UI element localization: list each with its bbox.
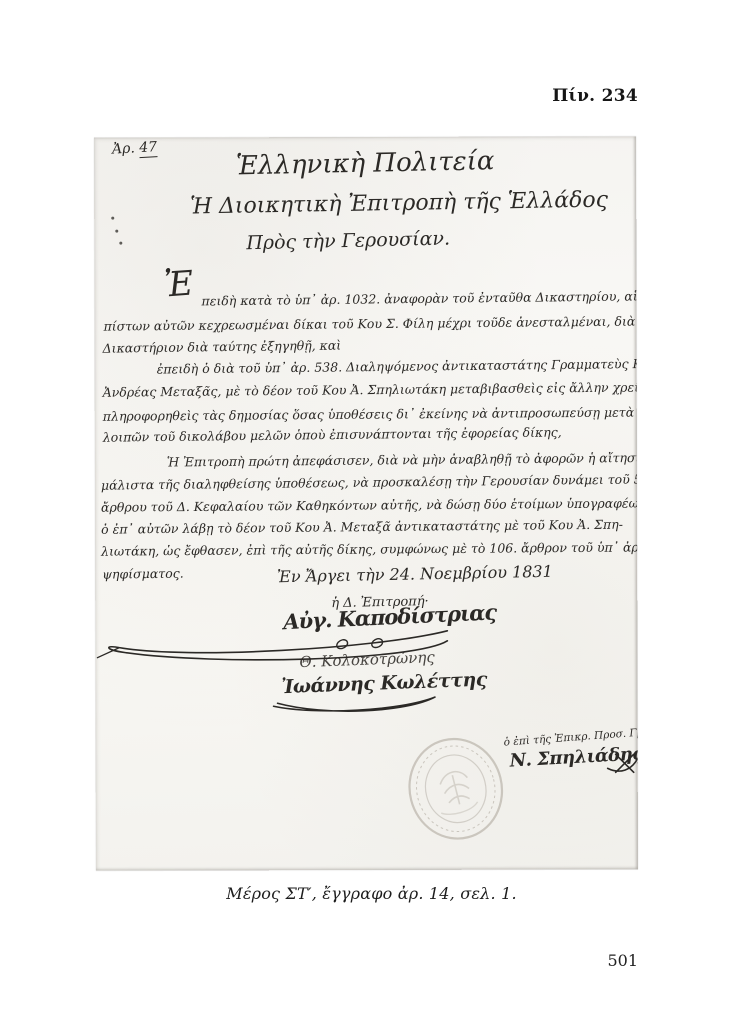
- body-line: μάλιστα τῆς διαληφθείσης ὑποθέσεως, νὰ π…: [101, 472, 638, 493]
- protocol-number: Ἀρ. 47: [112, 139, 158, 157]
- body-line: ὁ ἐπ᾿ αὐτῶν λάβῃ τὸ δέον τοῦ Κου Ἀ. Μετα…: [101, 517, 623, 537]
- body-line: ἐπειδὴ ὁ διὰ τοῦ ὑπ᾿ ἀρ. 538. Διαληψόμεν…: [157, 356, 638, 377]
- body-line: Ἀνδρέας Μεταξᾶς, μὲ τὸ δέον τοῦ Κου Ἀ. Σ…: [103, 379, 638, 399]
- book-page: { "page": { "plate_label": "Πίν. 234", "…: [0, 0, 743, 1027]
- body-line: Ἡ Ἐπιτροπὴ πρώτη ἀπεφάσισεν, διὰ νὰ μὴν …: [167, 450, 638, 470]
- protocol-label: Ἀρ.: [112, 140, 136, 157]
- signature-spiliadis: Ν. Σπηλιάδης: [509, 743, 638, 771]
- body-line: ἄρθρου τοῦ Δ. Κεφαλαίου τῶν Καθηκόντων α…: [101, 495, 638, 515]
- heading-committee: Ἡ Διοικητικὴ Ἐπιτροπὴ τῆς Ἑλλάδος: [190, 188, 608, 220]
- heading-state: Ἑλληνικὴ Πολιτεία: [236, 146, 495, 181]
- body-line: λιωτάκη, ὡς ἔφθασεν, ἐπὶ τῆς αὐτῆς δίκης…: [101, 539, 638, 559]
- protocol-value: 47: [139, 139, 158, 158]
- body-line: Δικαστήριον διὰ ταύτης ἐξηγηθῇ, καὶ: [102, 338, 341, 356]
- body-line: πίστων αὐτῶν κεχρεωσμέναι δίκαι τοῦ Κου …: [103, 313, 637, 333]
- official-seal-stamp: [399, 729, 513, 848]
- body-line: ψηφίσματος.: [102, 566, 184, 582]
- page-number: 501: [607, 951, 638, 970]
- ink-dot: [111, 217, 114, 220]
- dateline: Ἐν Ἄργει τὴν 24. Νοεμβρίου 1831: [277, 562, 553, 587]
- heading-addressee: Πρὸς τὴν Γερουσίαν.: [246, 228, 450, 255]
- signature-kolettis: Ἰωάννης Κωλέττης: [281, 669, 487, 699]
- body-line: πειδὴ κατὰ τὸ ὑπ᾿ ἀρ. 1032. ἀναφορὰν τοῦ…: [201, 288, 637, 308]
- drop-initial: Ἐ: [163, 263, 195, 305]
- ink-dot: [119, 242, 122, 245]
- body-line: πληροφορηθεὶς τὰς δημοσίας ὅσας ὑποθέσει…: [103, 404, 638, 423]
- plate-label: Πίν. 234: [552, 86, 638, 106]
- figure-caption: Μέρος ΣΤ′, ἔγγραφο ἀρ. 14, σελ. 1.: [0, 884, 743, 903]
- signature-kolokotronis: Θ. Κολοκοτρώνης: [299, 648, 435, 671]
- body-line: λοιπῶν τοῦ δικολάβου μελῶν ὁποὺ ἐπισυνάπ…: [103, 424, 562, 444]
- ink-dot: [115, 230, 118, 233]
- signature-underline: [274, 697, 436, 712]
- scanned-document: Ἀρ. 47 Ἑλληνικὴ Πολιτεία Ἡ Διοικητικὴ Ἐπ…: [94, 136, 638, 870]
- signature-kapodistrias: Αὐγ. Καποδίστριας: [283, 599, 497, 634]
